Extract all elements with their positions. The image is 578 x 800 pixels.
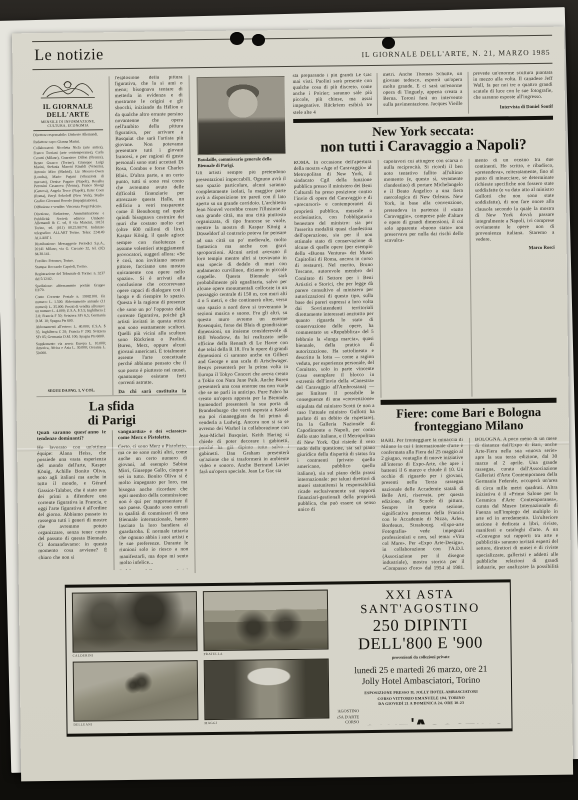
interview-text: prevede un'enorme scultura piantata in m… [473,71,553,102]
masthead-subtitle: MENSILE DI INFORMAZIONE, CULTURA, ECONOM… [33,119,103,131]
interview-column-5: metri. Anche Thomas Schutte, un giovane … [377,72,463,115]
sfida-question: Quali saranno quest'anno le tendenze dom… [37,430,106,443]
ad-address-line: SANT'AGOSTINO CASA D'ARTE [336,708,359,719]
interview-column-2: l'esplosione della pittura figurativa, c… [109,75,187,395]
masthead-logo: IL GIORNALE DELL'ARTE [33,102,103,119]
painting-thumb-delleani [73,660,199,722]
masthead-entry: Direttore responsabile: Umberto Allemand… [33,132,103,138]
logo-text: SANT [364,723,409,725]
painting-item: DELLEANI [73,660,199,729]
ad-address-line: CORSO SICCARDI 15, TORINO, [336,720,359,726]
masthead-entry: Collaboratori: Nicoletta Nicla (arte ant… [33,146,104,204]
punch-hole [230,32,244,45]
masthead-entry: Registrazione del Tribunale di Torino: n… [35,271,105,281]
sfida-answer: Certo, ci sono Merz e Pistoletto, ma ce … [118,444,188,567]
santagostino-ad: CALDERINI PRATELLA DELLEANI MAGGI XXI AS… [65,579,513,736]
left-pair: IL GIORNALE DELL'ARTE MENSILE DI INFORMA… [33,75,189,575]
fiere-top-bar [381,398,557,405]
ad-footer: SANT'AGOSTINO CASA D'ARTE CORSO SICCARDI… [337,706,505,725]
sfida-headline: La sfidadi Parigi [37,399,187,428]
fiere-bologna-text: BOLOGNA. A poco meno di un mese di dista… [475,437,559,570]
ad-text-block: XXI ASTA SANT'AGOSTINO 250 DIPINTI DELL'… [336,587,506,725]
masthead-entry: Diffusione e vendite: Vincenza Porgi Ful… [34,205,104,211]
masthead-ornament-icon [39,76,97,101]
sfida-headline-line2: di Parigi [88,412,136,428]
ad-address: SANT'AGOSTINO CASA D'ARTE CORSO SICCARDI… [336,708,360,725]
interview-top-strip: sta preparando i più grandi Le Gac mai v… [293,71,553,116]
sfida-question-text: Quali saranno quest'anno le tendenze dom… [37,430,106,442]
newyork-column-2: capolavori cui attingere con scarsa o nu… [378,159,466,398]
masthead-entry: Abbonamenti all'estero: L. 40.000; U.S.A… [36,325,106,340]
newyork-columns-2-3: capolavori cui attingere con scarsa o nu… [378,158,557,398]
ad-expo-line: CORSO VITTORIO EMANUELE 104, TORINO [377,696,464,701]
logo-big-a: A [411,714,430,726]
interview-byline: Intervista di Daniel Soutif [474,105,553,111]
sfida-lead: vanguardia» e dei «classici» come Merz e… [118,429,187,442]
interview-text: Gli artisti sempre più pretendono presen… [196,171,290,477]
painting-item: PRATELLA [203,590,329,659]
punch-hole [252,34,265,46]
newyork-headline-line2: non tutti i Caravaggio a Napoli? [293,137,553,157]
newyork-text: capolavori cui attingere con scarsa o nu… [384,159,464,245]
segue-note: SEGUE DA PAG. 1, V COL. [36,385,106,393]
left-pair-top: IL GIORNALE DELL'ARTE MENSILE DI INFORMA… [33,75,187,396]
interview-text: metri. Anche Thomas Schutte, un giovane … [383,72,463,110]
sfida-article: La sfidadi Parigi Quali saranno quest'an… [36,395,188,575]
sfida-columns: Quali saranno quest'anno le tendenze dom… [37,429,189,571]
journal-title: IL GIORNALE DELL'ARTE, N. 21, MARZO 1985 [362,48,551,61]
masthead-entry: Direzione, Redazione, Amministrazione e … [34,211,104,240]
painting-caption: PRATELLA [204,651,329,657]
newyork-right-block: capolavori cui attingere con scarsa o nu… [378,158,559,571]
masthead-entry: Spedizione: abbonamento postale Gruppo I… [35,283,105,293]
interview-column-6: prevede un'enorme scultura piantata in m… [467,71,553,114]
newyork-text: ROMA. In occasione dell'apertura della m… [294,160,376,514]
masthead-entry: Stampa: Roccardo Caprioli, Torino. [35,265,105,271]
fiere-bari-text: BARI. Per fronteggiare la minaccia di Mi… [381,438,465,571]
newspaper-page: Le notizie IL GIORNALE DELL'ARTE, N. 21,… [12,27,573,782]
ad-expo-line: ESPOSIZIONE PRESSO IL JOLLY HOTEL AMBASC… [364,690,478,695]
newyork-column-3: mento di un oceano fra due continenti. H… [469,158,557,397]
painting-thumb-maggi [204,659,330,721]
painting-thumb-pratella [203,590,329,652]
section-title: Le notizie [34,46,104,65]
interview-text: l'esplosione della pittura figurativa, c… [115,75,187,387]
fiere-column-bologna: BOLOGNA. A poco meno di un mese di dista… [469,437,559,570]
newyork-text: mento di un oceano fra due continenti. H… [475,158,555,244]
masthead-entry: Distribuzione: Messaggerie Periodici S.p… [35,242,105,257]
sfida-column-2: vanguardia» e dei «classici» come Merz e… [112,429,189,570]
interview-paragraph: Gli artisti sempre più pretendono presen… [196,171,290,476]
ad-venue: Jolly Hotel Ambasciatori, Torino [362,675,480,687]
santagostino-logo: SANT'AGOSTINO [364,711,505,726]
sfida-column-1: Quali saranno quest'anno le tendenze dom… [37,430,108,571]
punch-hole [382,37,395,49]
painting-caption: DELLEANI [73,721,198,727]
interview-column-4: sta preparando i più grandi Le Gac mai v… [293,73,373,116]
sfida-question-text: Del luogo della mostra, Lei è già in gra… [120,569,189,570]
fiere-column-bari: BARI. Per fronteggiare la minaccia di Mi… [381,438,465,571]
newyork-headline: New York seccata: non tutti i Caravaggio… [293,123,553,157]
sfida-lead-text: vanguardia» e dei «classici» come Merz e… [118,429,187,441]
sfida-question: Del luogo della mostra, Lei è già in gra… [120,569,189,570]
masthead-entry: Fotolito: Fotomec, Torino. [35,258,105,264]
sfida-answer: Ho lavorato con un'ottima équipe: Alana … [37,445,107,562]
photo-caption: Boudaille, commissario generale della Bi… [198,156,284,169]
interview-column-3: Boudaille, commissario generale della Bi… [189,74,291,573]
newyork-column-1: ROMA. In occasione dell'apertura della m… [294,160,377,572]
logo-text: GOSTINO [428,722,505,726]
ad-title: XXI ASTA SANT'AGOSTINO [336,587,504,617]
painting-caption: CALDERINI [73,652,198,658]
sfida-answer-text: Certo, ci sono Merz e Pistoletto, ma ce … [118,444,188,566]
newyork-top-rule [293,116,553,123]
sfida-answer-text: Ho lavorato con un'ottima équipe: Alana … [37,445,107,561]
painting-item: CALDERINI [72,591,198,660]
newyork-signature: Marco Rosci [476,246,555,252]
fiere-columns: BARI. Per fronteggiare la minaccia di Mi… [381,437,559,571]
interview-paragraph: l'esplosione della pittura figurativa, c… [115,75,187,385]
ad-expo-line: DA GIOVEDÌ 21 A DOMENICA 24, ORE 10-23 [378,701,464,706]
page-content: IL GIORNALE DELL'ARTE MENSILE DI INFORMA… [33,71,559,575]
fiere-headline-line2: fronteggiano Milano [414,418,523,433]
painting-thumb-calderini [72,591,198,653]
scanned-newspaper-photo: { "colors": { "paper": "#d7d5ca", "ink":… [0,0,578,800]
right-section: sta preparando i più grandi Le Gac mai v… [293,71,559,572]
ad-painting-grid: CALDERINI PRATELLA DELLEANI MAGGI [72,590,330,729]
painting-caption: MAGGI [204,720,329,726]
masthead-column: IL GIORNALE DELL'ARTE MENSILE DI INFORMA… [33,76,107,396]
ad-provenance: provenienti da collezioni private [392,655,450,661]
masthead-entry: Supplemento via aerea: Europa L. 10.000;… [36,341,106,356]
painting-item: MAGGI [204,659,330,728]
masthead-entry: Conto Corrente Postale n. 19082108. Un n… [35,294,105,323]
masthead-entry: Redattore capo: Gianna Marini. [33,139,103,145]
ad-exposition-info: ESPOSIZIONE PRESSO IL JOLLY HOTEL AMBASC… [364,690,478,708]
newyork-body: ROMA. In occasione dell'apertura della m… [294,158,559,572]
interview-text: sta preparando i più grandi Le Gac mai v… [293,73,373,116]
fiere-headline: Fiere: come Bari e Bologna fronteggiano … [381,406,557,435]
ad-subtitle-large: 250 DIPINTI DELL'800 E '900 [336,615,504,655]
boudaille-photo [197,76,290,155]
interview-text-block: Gli artisti sempre più pretendono presen… [196,171,291,574]
left-section: IL GIORNALE DELL'ARTE MENSILE DI INFORMA… [33,74,291,575]
